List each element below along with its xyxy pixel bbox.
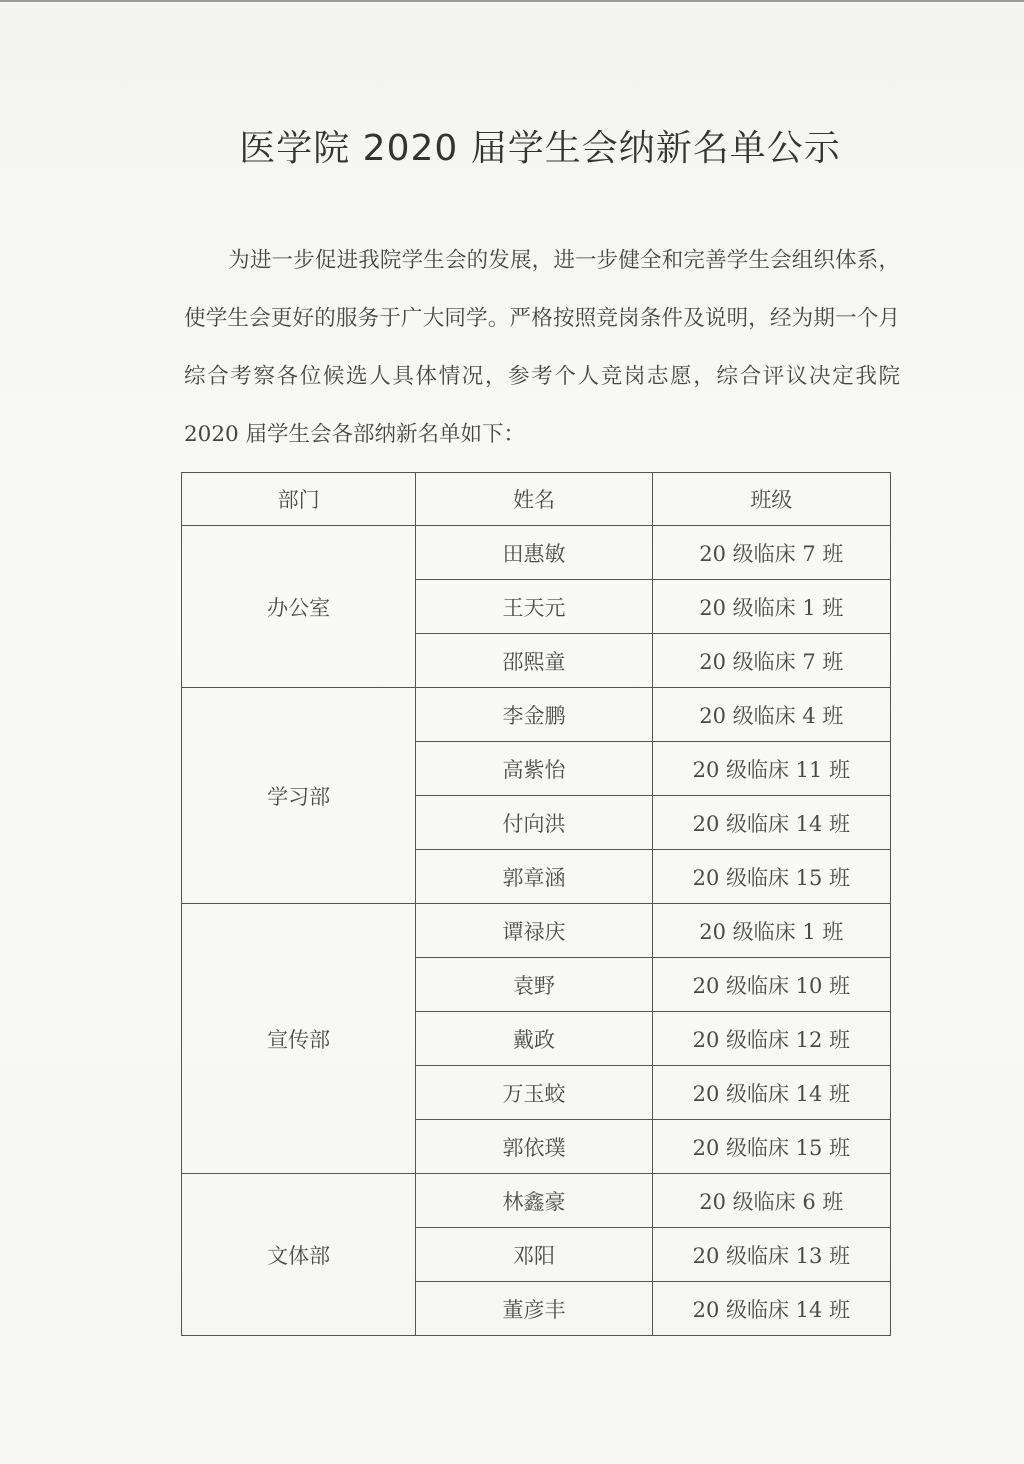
member-name: 田惠敏 [416, 526, 652, 580]
intro-paragraph-text: 为进一步促进我院学生会的发展，进一步健全和完善学生会组织体系，使学生会更好的服务… [184, 248, 900, 447]
member-roster-table: 部门 姓名 班级 办公室 田惠敏 20 级临床 7 班 王天元 20 级临床 1… [181, 472, 891, 1336]
department-cell: 学习部 [182, 688, 416, 904]
member-class: 20 级临床 14 班 [652, 1282, 890, 1336]
document-page: 医学院 2020 届学生会纳新名单公示 为进一步促进我院学生会的发展，进一步健全… [0, 0, 1024, 1464]
document-title: 医学院 2020 届学生会纳新名单公示 [0, 120, 1024, 171]
header-department: 部门 [182, 473, 416, 526]
header-class: 班级 [652, 473, 890, 526]
member-name: 袁野 [416, 958, 652, 1012]
member-class: 20 级临床 10 班 [652, 958, 890, 1012]
table-header-row: 部门 姓名 班级 [182, 473, 891, 526]
member-class: 20 级临床 14 班 [652, 1066, 890, 1120]
member-class: 20 级临床 7 班 [652, 634, 890, 688]
intro-paragraph: 为进一步促进我院学生会的发展，进一步健全和完善学生会组织体系，使学生会更好的服务… [184, 232, 900, 464]
member-name: 戴政 [416, 1012, 652, 1066]
member-class: 20 级临床 11 班 [652, 742, 890, 796]
member-class: 20 级临床 1 班 [652, 580, 890, 634]
department-cell: 宣传部 [182, 904, 416, 1174]
member-class: 20 级临床 15 班 [652, 1120, 890, 1174]
member-class: 20 级临床 4 班 [652, 688, 890, 742]
member-name: 邵熙童 [416, 634, 652, 688]
member-name: 林鑫豪 [416, 1174, 652, 1228]
member-class: 20 级临床 13 班 [652, 1228, 890, 1282]
member-name: 董彦丰 [416, 1282, 652, 1336]
member-name: 万玉蛟 [416, 1066, 652, 1120]
member-class: 20 级临床 15 班 [652, 850, 890, 904]
member-name: 郭章涵 [416, 850, 652, 904]
header-name: 姓名 [416, 473, 652, 526]
member-name: 郭依璞 [416, 1120, 652, 1174]
member-class: 20 级临床 1 班 [652, 904, 890, 958]
member-name: 谭禄庆 [416, 904, 652, 958]
member-name: 付向洪 [416, 796, 652, 850]
member-name: 邓阳 [416, 1228, 652, 1282]
table-row: 办公室 田惠敏 20 级临床 7 班 [182, 526, 891, 580]
table-row: 文体部 林鑫豪 20 级临床 6 班 [182, 1174, 891, 1228]
member-class: 20 级临床 7 班 [652, 526, 890, 580]
member-name: 高紫怡 [416, 742, 652, 796]
department-cell: 文体部 [182, 1174, 416, 1336]
table-row: 宣传部 谭禄庆 20 级临床 1 班 [182, 904, 891, 958]
member-class: 20 级临床 12 班 [652, 1012, 890, 1066]
member-class: 20 级临床 6 班 [652, 1174, 890, 1228]
table-row: 学习部 李金鹏 20 级临床 4 班 [182, 688, 891, 742]
department-cell: 办公室 [182, 526, 416, 688]
member-name: 李金鹏 [416, 688, 652, 742]
page-edge-divider [0, 0, 1024, 2]
member-class: 20 级临床 14 班 [652, 796, 890, 850]
member-name: 王天元 [416, 580, 652, 634]
